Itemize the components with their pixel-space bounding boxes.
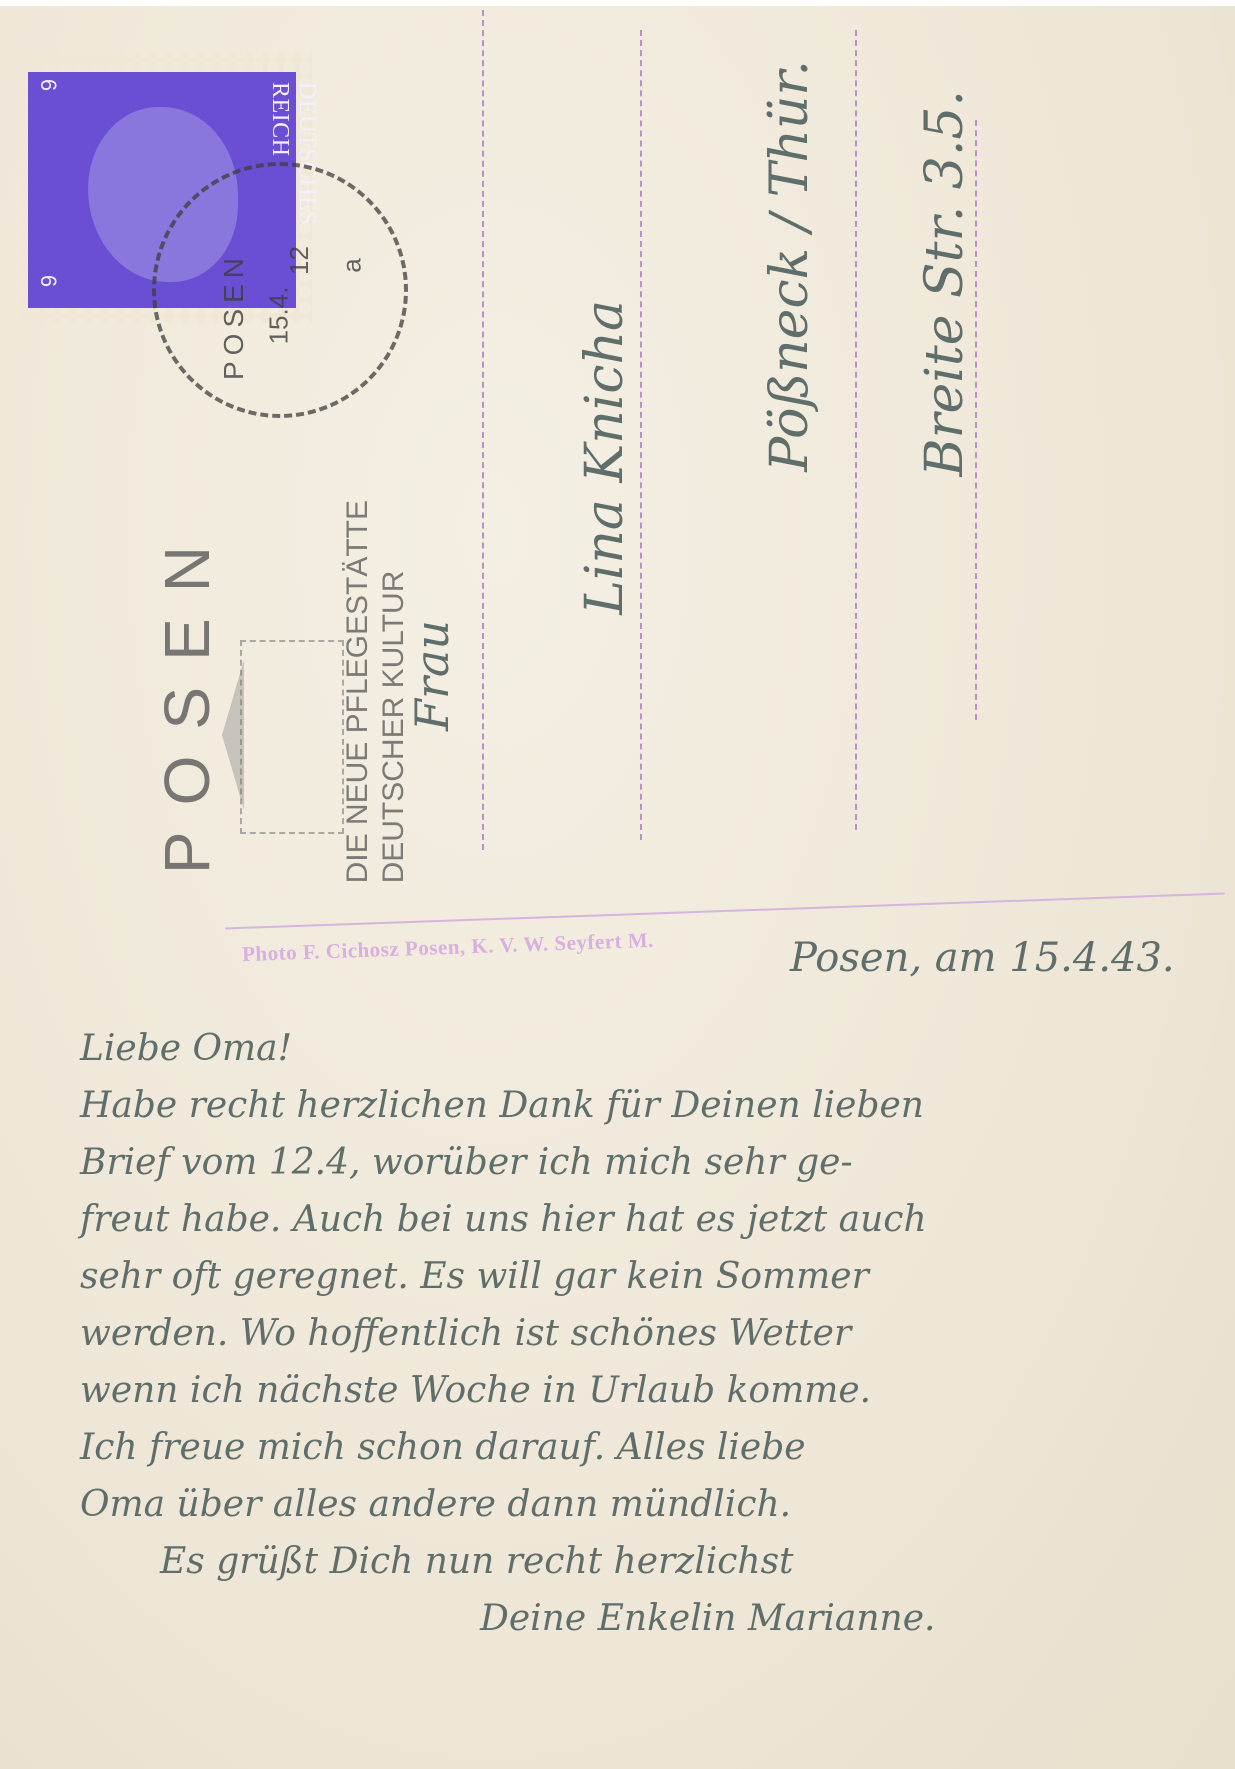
letter-line: Ich freue mich schon darauf. Alles liebe — [80, 1419, 1220, 1476]
letter-line: sehr oft geregnet. Es will gar kein Somm… — [80, 1248, 1220, 1305]
worn-edge — [0, 0, 1235, 40]
divider-line — [482, 10, 484, 850]
stamp-value-bottom: 6 — [35, 275, 61, 287]
letter-line: Habe recht herzlichen Dank für Deinen li… — [80, 1077, 1220, 1134]
slogan-line-1: DIE NEUE PFLEGESTÄTTE — [341, 500, 374, 883]
letter-line: Liebe Oma! — [80, 1020, 1220, 1077]
postmark-code: a — [337, 258, 368, 272]
signature: Deine Enkelin Marianne. — [80, 1590, 1220, 1647]
letter-line: Es grüßt Dich nun recht herzlichst — [80, 1533, 1220, 1590]
letter-line: Oma über alles andere dann mündlich. — [80, 1476, 1220, 1533]
postmark-date: 15.4. — [263, 287, 294, 345]
letter-line: wenn ich nächste Woche in Urlaub komme. — [80, 1362, 1220, 1419]
letter-line: Brief vom 12.4, worüber ich mich sehr ge… — [80, 1134, 1220, 1191]
address-line — [855, 30, 857, 830]
letter-line: freut habe. Auch bei uns hier hat es jet… — [80, 1191, 1220, 1248]
building-icon — [240, 640, 344, 834]
address-salutation: Frau — [405, 620, 459, 731]
postcard-back: DEUTSCHES REICH 6 6 POSEN 15.4. 12 a POS… — [0, 0, 1235, 1769]
place-date: Posen, am 15.4.43. — [790, 935, 1175, 981]
address-city: Pößneck / Thür. — [760, 60, 820, 472]
horizontal-rule — [225, 893, 1224, 930]
letter-line: werden. Wo hoffentlich ist schönes Wette… — [80, 1305, 1220, 1362]
address-name: Lina Knicha — [575, 300, 635, 615]
address-line — [640, 30, 642, 840]
letter-body: Liebe Oma! Habe recht herzlichen Dank fü… — [80, 1020, 1220, 1647]
photo-credit: Photo F. Cichosz Posen, K. V. W. Seyfert… — [242, 928, 655, 967]
stamp-value-top: 6 — [35, 79, 61, 91]
address-line — [975, 120, 977, 720]
postmark-time: 12 — [284, 246, 315, 275]
slogan-text: DIE NEUE PFLEGESTÄTTE DEUTSCHER KULTUR — [340, 500, 412, 883]
slogan-city: POSEN — [150, 520, 224, 874]
postmark-city: POSEN — [218, 252, 250, 380]
address-street: Breite Str. 3.5. — [915, 90, 975, 477]
